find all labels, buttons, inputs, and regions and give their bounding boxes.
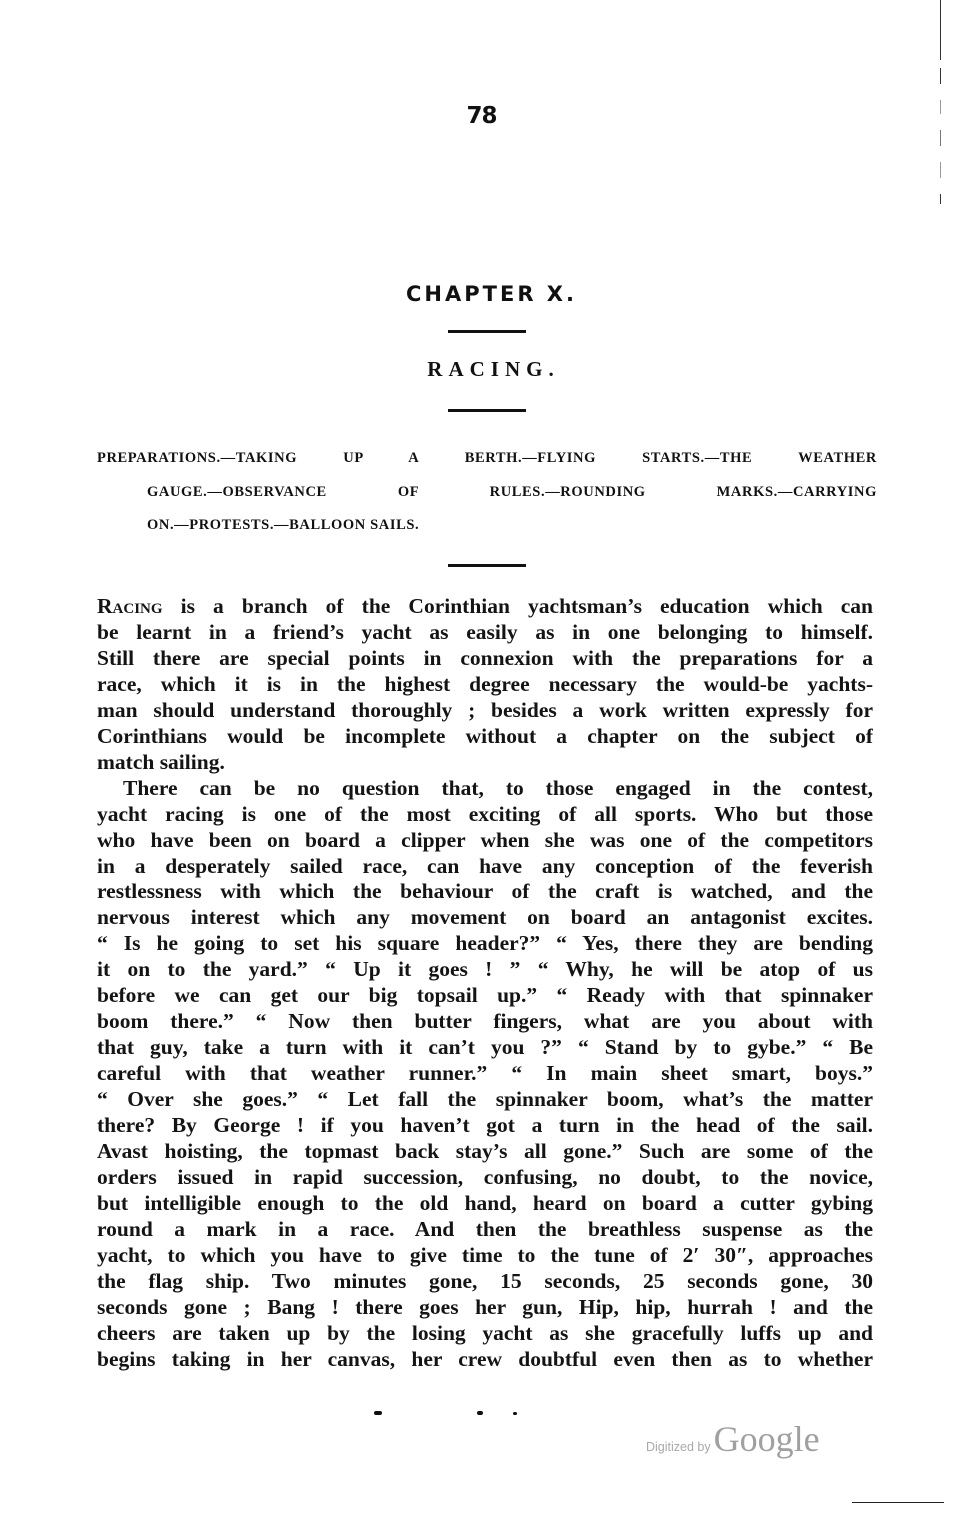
synopsis-divider xyxy=(448,564,526,567)
body-text: Racing is a branch of the Corinthian yac… xyxy=(97,594,873,1373)
paragraph-line: match sailing. xyxy=(97,750,873,776)
paragraph-line: race, which it is in the highest degree … xyxy=(97,672,873,698)
scan-edge-line xyxy=(940,130,941,146)
paragraph-line: There can be no question that, to those … xyxy=(97,776,873,802)
page-number: 78 xyxy=(0,103,963,129)
ink-speck xyxy=(513,1412,517,1415)
synopsis-line: GAUGE.—OBSERVANCE OF RULES.—ROUNDING MAR… xyxy=(97,476,877,510)
paragraph-line: but intelligible enough to the old hand,… xyxy=(97,1191,873,1217)
paragraph-line: cheers are taken up by the losing yacht … xyxy=(97,1321,873,1347)
paragraph-line: Racing is a branch of the Corinthian yac… xyxy=(97,594,873,620)
paragraph-line: man should understand thoroughly ; besid… xyxy=(97,698,873,724)
scan-edge-line xyxy=(852,1502,944,1503)
paragraph-line: “ Is he going to set his square header?”… xyxy=(97,931,873,957)
paragraph-line: that guy, take a turn with it can’t you … xyxy=(97,1035,873,1061)
paragraph-line: before we can get our big topsail up.” “… xyxy=(97,983,873,1009)
paragraph-line: be learnt in a friend’s yacht as easily … xyxy=(97,620,873,646)
paragraph-line: nervous interest which any movement on b… xyxy=(97,905,873,931)
google-logo-text: Google xyxy=(714,1418,820,1460)
ink-speck xyxy=(374,1411,382,1415)
paragraph-line: yacht racing is one of the most exciting… xyxy=(97,802,873,828)
scan-edge-line xyxy=(940,162,941,178)
paragraph-line: boom there.” “ Now then butter fingers, … xyxy=(97,1009,873,1035)
paragraph-line: in a desperately sailed race, can have a… xyxy=(97,854,873,880)
paragraph-line: the flag ship. Two minutes gone, 15 seco… xyxy=(97,1269,873,1295)
scan-edge-line xyxy=(940,194,941,204)
paragraph-line: “ Over she goes.” “ Let fall the spinnak… xyxy=(97,1087,873,1113)
paragraph-line: Avast hoisting, the topmast back stay’s … xyxy=(97,1139,873,1165)
paragraph-line: who have been on board a clipper when sh… xyxy=(97,828,873,854)
digitized-by-google-watermark: Digitized by Google xyxy=(646,1418,820,1460)
ink-speck xyxy=(477,1411,483,1415)
paragraph-line: orders issued in rapid succession, confu… xyxy=(97,1165,873,1191)
paragraph-line: seconds gone ; Bang ! there goes her gun… xyxy=(97,1295,873,1321)
paragraph-line: Still there are special points in connex… xyxy=(97,646,873,672)
scan-edge-line xyxy=(940,68,941,84)
chapter-title: CHAPTER X. xyxy=(0,282,963,306)
paragraph-line: there? By George ! if you haven’t got a … xyxy=(97,1113,873,1139)
paragraph-line: Corinthians would be incomplete without … xyxy=(97,724,873,750)
watermark-prefix: Digitized by xyxy=(646,1440,711,1454)
paragraph-line: careful with that weather runner.” “ In … xyxy=(97,1061,873,1087)
paragraph-line: it on to the yard.” “ Up it goes ! ” “ W… xyxy=(97,957,873,983)
chapter-synopsis: PREPARATIONS.—TAKING UP A BERTH.—FLYING … xyxy=(97,442,877,543)
paragraph-line: yacht, to which you have to give time to… xyxy=(97,1243,873,1269)
chapter-subtitle: RACING. xyxy=(0,357,963,382)
subtitle-divider xyxy=(448,409,526,412)
synopsis-line: PREPARATIONS.—TAKING UP A BERTH.—FLYING … xyxy=(97,442,877,476)
paragraph-line: restlessness with which the behaviour of… xyxy=(97,879,873,905)
paragraph-line: round a mark in a race. And then the bre… xyxy=(97,1217,873,1243)
title-divider xyxy=(448,330,526,333)
scan-edge-line xyxy=(940,0,941,60)
paragraph-line: begins taking in her canvas, her crew do… xyxy=(97,1347,873,1373)
synopsis-line: ON.—PROTESTS.—BALLOON SAILS. xyxy=(97,509,877,543)
drop-word: Racing xyxy=(97,594,163,618)
